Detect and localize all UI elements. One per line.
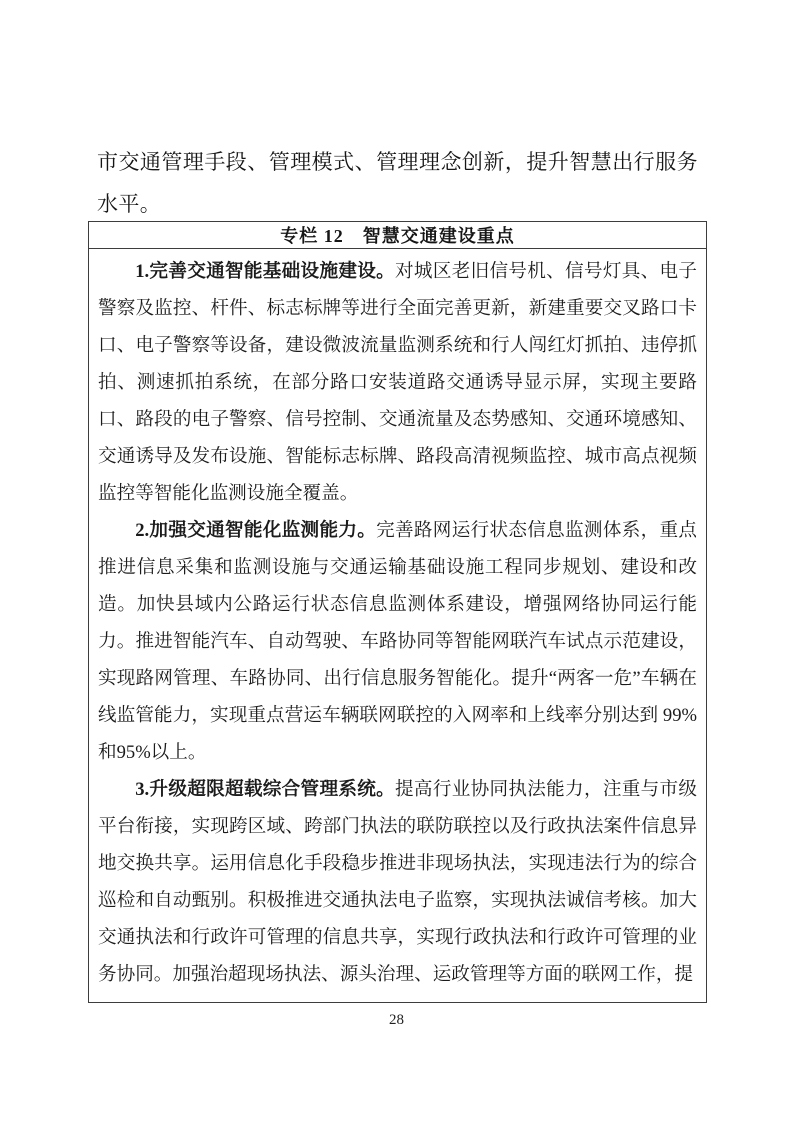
box-body: 1.完善交通智能基础设施建设。对城区老旧信号机、信号灯具、电子警察及监控、杆件、… bbox=[89, 249, 706, 1002]
box-paragraph-3: 3.升级超限超载综合管理系统。提高行业协同执法能力，注重与市级平台衔接，实现跨区… bbox=[98, 771, 697, 993]
paragraph-2-text: 完善路网运行状态信息监测体系，重点推进信息采集和监测设施与交通运输基础设施工程同… bbox=[98, 520, 697, 763]
intro-paragraph: 市交通管理手段、管理模式、管理理念创新，提升智慧出行服务水平。 bbox=[97, 141, 698, 225]
box-title: 专栏 12 智慧交通建设重点 bbox=[89, 222, 706, 249]
paragraph-3-text: 提高行业协同执法能力，注重与市级平台衔接，实现跨区域、跨部门执法的联防联控以及行… bbox=[98, 779, 697, 985]
paragraph-3-lead: 3.升级超限超载综合管理系统。 bbox=[135, 779, 395, 800]
page-number: 28 bbox=[0, 1012, 793, 1029]
box-paragraph-1: 1.完善交通智能基础设施建设。对城区老旧信号机、信号灯具、电子警察及监控、杆件、… bbox=[98, 253, 697, 512]
box-paragraph-2: 2.加强交通智能化监测能力。完善路网运行状态信息监测体系，重点推进信息采集和监测… bbox=[98, 512, 697, 771]
paragraph-1-lead: 1.完善交通智能基础设施建设。 bbox=[135, 261, 395, 282]
paragraph-2-lead: 2.加强交通智能化监测能力。 bbox=[135, 520, 376, 541]
paragraph-1-text: 对城区老旧信号机、信号灯具、电子警察及监控、杆件、标志标牌等进行全面完善更新，新… bbox=[98, 261, 697, 504]
callout-box: 专栏 12 智慧交通建设重点 1.完善交通智能基础设施建设。对城区老旧信号机、信… bbox=[88, 221, 707, 1003]
